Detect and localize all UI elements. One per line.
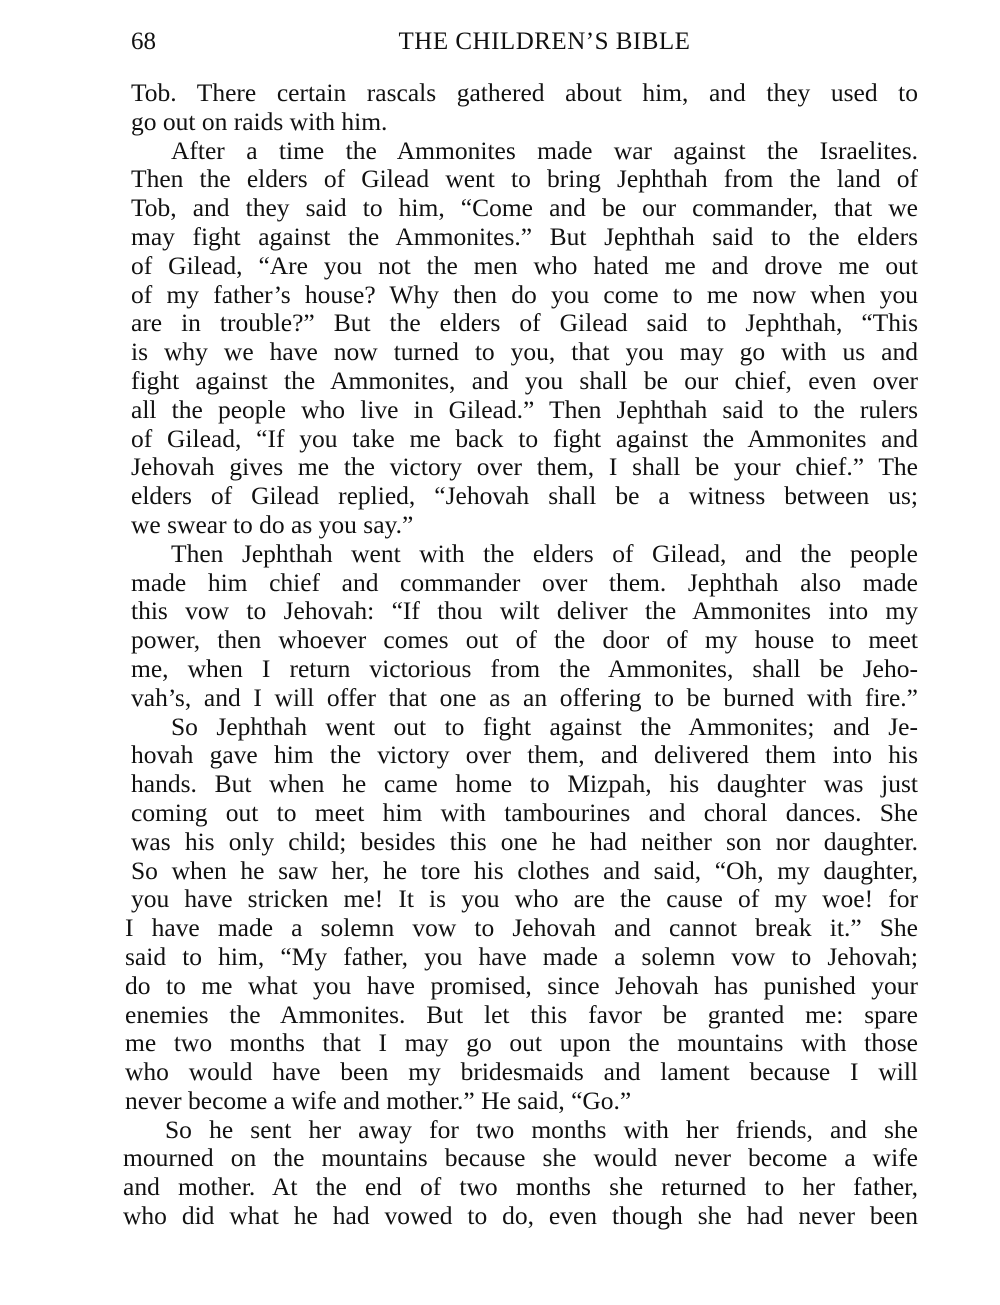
running-title: THE CHILDREN’S BIBLE — [131, 26, 918, 58]
text-line: After a time the Ammonites made war agai… — [131, 137, 918, 166]
text-line: power, then whoever comes out of the doo… — [131, 626, 918, 655]
text-line: Then the elders of Gilead went to bring … — [131, 165, 918, 194]
text-line: vah’s, and I will offer that one as an o… — [131, 684, 918, 713]
text-line: are in trouble?” But the elders of Gilea… — [131, 309, 918, 338]
text-line: said to him, “My father, you have made a… — [125, 943, 918, 972]
text-line: So when he saw her, he tore his clothes … — [131, 857, 918, 886]
text-line: of Gilead, “Are you not the men who hate… — [131, 252, 918, 281]
text-line: mourned on the mountains because she wou… — [123, 1144, 918, 1173]
text-line: of Gilead, “If you take me back to fight… — [131, 425, 918, 454]
text-line: So he sent her away for two months with … — [123, 1116, 918, 1145]
text-line: Jehovah gives me the victory over them, … — [131, 453, 918, 482]
text-line: never become a wife and mother.” He said… — [125, 1087, 918, 1116]
text-line: So Jephthah went out to fight against th… — [131, 713, 918, 742]
text-line: me, when I return victorious from the Am… — [131, 655, 918, 684]
body-text: Tob. There certain rascals gathered abou… — [131, 79, 918, 1231]
text-line: Tob. There certain rascals gathered abou… — [131, 79, 918, 108]
text-line: Then Jephthah went with the elders of Gi… — [131, 540, 918, 569]
paragraph-2: After a time the Ammonites made war agai… — [131, 137, 918, 540]
text-line: was his only child; besides this one he … — [131, 828, 918, 857]
text-line: Tob, and they said to him, “Come and be … — [131, 194, 918, 223]
text-line: enemies the Ammonites. But let this favo… — [125, 1001, 918, 1030]
text-line: this vow to Jehovah: “If thou wilt deliv… — [131, 597, 918, 626]
text-line: of my father’s house? Why then do you co… — [131, 281, 918, 310]
text-line: and mother. At the end of two months she… — [123, 1173, 918, 1202]
paragraph-4: So Jephthah went out to fight against th… — [131, 713, 918, 1116]
book-page: 68 THE CHILDREN’S BIBLE Tob. There certa… — [0, 0, 1000, 1305]
text-line: you have stricken me! It is you who are … — [131, 885, 918, 914]
text-line: me two months that I may go out upon the… — [125, 1029, 918, 1058]
text-line: all the people who live in Gilead.” Then… — [131, 396, 918, 425]
text-line: hovah gave him the victory over them, an… — [131, 741, 918, 770]
text-line: is why we have now turned to you, that y… — [131, 338, 918, 367]
text-line: made him chief and commander over them. … — [131, 569, 918, 598]
paragraph-5: So he sent her away for two months with … — [131, 1116, 918, 1231]
text-line: may fight against the Ammonites.” But Je… — [131, 223, 918, 252]
paragraph-1: Tob. There certain rascals gathered abou… — [131, 79, 918, 137]
text-line: hands. But when he came home to Mizpah, … — [131, 770, 918, 799]
page-header: 68 THE CHILDREN’S BIBLE — [131, 26, 918, 58]
text-line: I have made a solemn vow to Jehovah and … — [125, 914, 918, 943]
text-line: do to me what you have promised, since J… — [125, 972, 918, 1001]
text-line: go out on raids with him. — [131, 108, 918, 137]
text-line: elders of Gilead replied, “Jehovah shall… — [131, 482, 918, 511]
text-line: who did what he had vowed to do, even th… — [123, 1202, 918, 1231]
text-line: fight against the Ammonites, and you sha… — [131, 367, 918, 396]
text-line: we swear to do as you say.” — [131, 511, 918, 540]
text-line: coming out to meet him with tambourines … — [131, 799, 918, 828]
text-line: who would have been my bridesmaids and l… — [125, 1058, 918, 1087]
paragraph-3: Then Jephthah went with the elders of Gi… — [131, 540, 918, 713]
